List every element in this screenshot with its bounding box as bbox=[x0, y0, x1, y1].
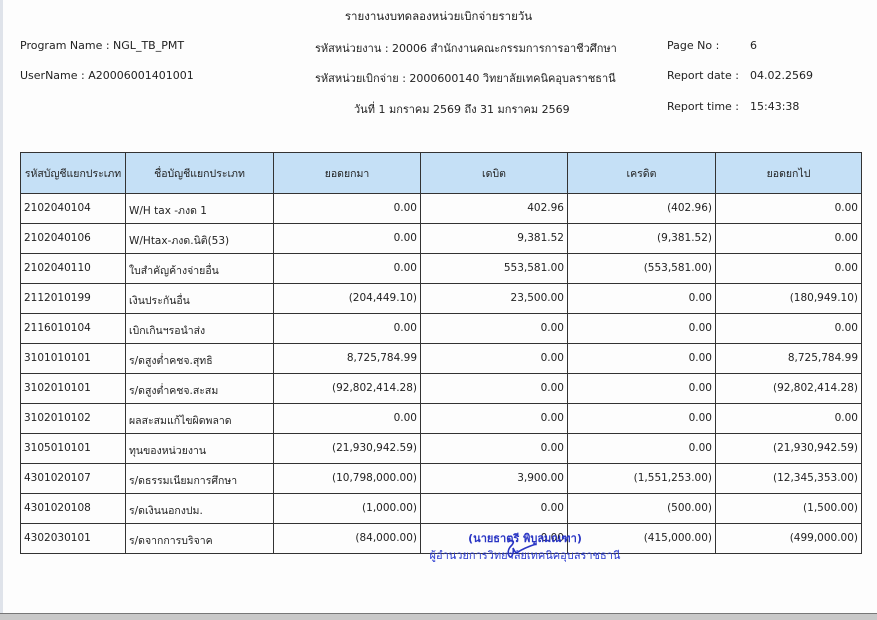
cell-credit: 0.00 bbox=[568, 314, 716, 344]
report-date-value: 04.02.2569 bbox=[750, 69, 813, 82]
page-edge bbox=[0, 0, 3, 620]
cell-debit: 553,581.00 bbox=[421, 254, 568, 284]
cell-closing-balance: 8,725,784.99 bbox=[716, 344, 862, 374]
signer-name: (นายธาตรี พิบูลมณฑา) bbox=[400, 530, 650, 547]
cell-credit: (500.00) bbox=[568, 494, 716, 524]
program-name: Program Name : NGL_TB_PMT bbox=[20, 39, 184, 52]
table-row: 3102010101ร/ดสูงต่ำคชจ.สะสม(92,802,414.2… bbox=[21, 374, 862, 404]
cell-opening-balance: (204,449.10) bbox=[274, 284, 421, 314]
cell-account-name: ร/ดสูงต่ำคชจ.สุทธิ bbox=[126, 344, 274, 374]
table-row: 2102040104W/H tax -ภงด 10.00402.96(402.9… bbox=[21, 194, 862, 224]
cell-debit: 0.00 bbox=[421, 434, 568, 464]
cell-opening-balance: 0.00 bbox=[274, 404, 421, 434]
cell-opening-balance: 0.00 bbox=[274, 314, 421, 344]
cell-debit: 402.96 bbox=[421, 194, 568, 224]
cell-account-code: 2116010104 bbox=[21, 314, 126, 344]
cell-credit: 0.00 bbox=[568, 374, 716, 404]
table-row: 3105010101ทุนของหน่วยงาน(21,930,942.59)0… bbox=[21, 434, 862, 464]
signer-position: ผู้อำนวยการวิทยาลัยเทคนิคอุบลราชธานี bbox=[400, 547, 650, 564]
cell-debit: 9,381.52 bbox=[421, 224, 568, 254]
cell-opening-balance: (84,000.00) bbox=[274, 524, 421, 554]
col-account-name: ชื่อบัญชีแยกประเภท bbox=[126, 153, 274, 194]
cell-closing-balance: 0.00 bbox=[716, 224, 862, 254]
cell-account-code: 4302030101 bbox=[21, 524, 126, 554]
cell-account-name: เงินประกันอื่น bbox=[126, 284, 274, 314]
cell-account-code: 2102040104 bbox=[21, 194, 126, 224]
cell-credit: (402.96) bbox=[568, 194, 716, 224]
cell-opening-balance: (92,802,414.28) bbox=[274, 374, 421, 404]
cell-credit: 0.00 bbox=[568, 344, 716, 374]
page-edge bbox=[0, 613, 877, 620]
report-time-value: 15:43:38 bbox=[750, 100, 799, 113]
cell-credit: (1,551,253.00) bbox=[568, 464, 716, 494]
cell-opening-balance: (10,798,000.00) bbox=[274, 464, 421, 494]
cell-debit: 23,500.00 bbox=[421, 284, 568, 314]
col-debit: เดบิต bbox=[421, 153, 568, 194]
agency-code: รหัสหน่วยงาน : 20006 สำนักงานคณะกรรมการก… bbox=[315, 39, 617, 57]
cell-account-code: 4301020107 bbox=[21, 464, 126, 494]
cell-account-name: ทุนของหน่วยงาน bbox=[126, 434, 274, 464]
cell-account-code: 2102040110 bbox=[21, 254, 126, 284]
table-row: 2102040110ใบสำคัญค้างจ่ายอื่น0.00553,581… bbox=[21, 254, 862, 284]
report-title: รายงานงบทดลองหน่วยเบิกจ่ายรายวัน bbox=[0, 8, 877, 26]
disbursing-unit-code: รหัสหน่วยเบิกจ่าย : 2000600140 วิทยาลัยเ… bbox=[315, 69, 616, 87]
cell-closing-balance: (499,000.00) bbox=[716, 524, 862, 554]
cell-account-name: เบิกเกินฯรอนำส่ง bbox=[126, 314, 274, 344]
cell-debit: 0.00 bbox=[421, 494, 568, 524]
cell-closing-balance: (1,500.00) bbox=[716, 494, 862, 524]
cell-account-name: ร/ดธรรมเนียมการศึกษา bbox=[126, 464, 274, 494]
cell-debit: 0.00 bbox=[421, 374, 568, 404]
table-row: 3102010102ผลสะสมแก้ไขผิดพลาด0.000.000.00… bbox=[21, 404, 862, 434]
cell-closing-balance: (21,930,942.59) bbox=[716, 434, 862, 464]
cell-opening-balance: (1,000.00) bbox=[274, 494, 421, 524]
table-row: 4301020108ร/ดเงินนอกงปม.(1,000.00)0.00(5… bbox=[21, 494, 862, 524]
table-header-row: รหัสบัญชีแยกประเภท ชื่อบัญชีแยกประเภท ยอ… bbox=[21, 153, 862, 194]
report-date-label: Report date : bbox=[667, 69, 739, 82]
username: UserName : A20006001401001 bbox=[20, 69, 194, 82]
cell-debit: 0.00 bbox=[421, 344, 568, 374]
cell-account-code: 2102040106 bbox=[21, 224, 126, 254]
cell-account-code: 3102010102 bbox=[21, 404, 126, 434]
cell-credit: (553,581.00) bbox=[568, 254, 716, 284]
cell-closing-balance: 0.00 bbox=[716, 194, 862, 224]
cell-opening-balance: 0.00 bbox=[274, 254, 421, 284]
cell-account-name: ผลสะสมแก้ไขผิดพลาด bbox=[126, 404, 274, 434]
cell-debit: 0.00 bbox=[421, 404, 568, 434]
cell-credit: 0.00 bbox=[568, 404, 716, 434]
cell-account-name: ร/ดสูงต่ำคชจ.สะสม bbox=[126, 374, 274, 404]
cell-account-name: W/H tax -ภงด 1 bbox=[126, 194, 274, 224]
cell-closing-balance: (12,345,353.00) bbox=[716, 464, 862, 494]
cell-account-name: ใบสำคัญค้างจ่ายอื่น bbox=[126, 254, 274, 284]
table-row: 3101010101ร/ดสูงต่ำคชจ.สุทธิ8,725,784.99… bbox=[21, 344, 862, 374]
cell-opening-balance: 8,725,784.99 bbox=[274, 344, 421, 374]
signature-block: (นายธาตรี พิบูลมณฑา) ผู้อำนวยการวิทยาลัย… bbox=[400, 530, 650, 564]
cell-account-name: W/Htax-ภงด.นิติ(53) bbox=[126, 224, 274, 254]
cell-account-code: 3101010101 bbox=[21, 344, 126, 374]
cell-opening-balance: (21,930,942.59) bbox=[274, 434, 421, 464]
table-row: 4301020107ร/ดธรรมเนียมการศึกษา(10,798,00… bbox=[21, 464, 862, 494]
cell-credit: (9,381.52) bbox=[568, 224, 716, 254]
cell-account-code: 2112010199 bbox=[21, 284, 126, 314]
page-no-label: Page No : bbox=[667, 39, 719, 52]
table-row: 2112010199เงินประกันอื่น(204,449.10)23,5… bbox=[21, 284, 862, 314]
cell-account-code: 4301020108 bbox=[21, 494, 126, 524]
cell-account-name: ร/ดจากการบริจาค bbox=[126, 524, 274, 554]
cell-account-code: 3105010101 bbox=[21, 434, 126, 464]
cell-opening-balance: 0.00 bbox=[274, 194, 421, 224]
cell-credit: 0.00 bbox=[568, 434, 716, 464]
table-row: 2116010104เบิกเกินฯรอนำส่ง0.000.000.000.… bbox=[21, 314, 862, 344]
cell-account-name: ร/ดเงินนอกงปม. bbox=[126, 494, 274, 524]
col-closing-balance: ยอดยกไป bbox=[716, 153, 862, 194]
report-period: วันที่ 1 มกราคม 2569 ถึง 31 มกราคม 2569 bbox=[354, 100, 570, 118]
cell-closing-balance: 0.00 bbox=[716, 314, 862, 344]
cell-credit: 0.00 bbox=[568, 284, 716, 314]
table-row: 2102040106W/Htax-ภงด.นิติ(53)0.009,381.5… bbox=[21, 224, 862, 254]
cell-closing-balance: (92,802,414.28) bbox=[716, 374, 862, 404]
col-account-code: รหัสบัญชีแยกประเภท bbox=[21, 153, 126, 194]
cell-opening-balance: 0.00 bbox=[274, 224, 421, 254]
page-no-value: 6 bbox=[750, 39, 757, 52]
cell-closing-balance: 0.00 bbox=[716, 254, 862, 284]
col-credit: เครดิต bbox=[568, 153, 716, 194]
cell-debit: 0.00 bbox=[421, 314, 568, 344]
trial-balance-table: รหัสบัญชีแยกประเภท ชื่อบัญชีแยกประเภท ยอ… bbox=[20, 152, 862, 554]
cell-closing-balance: (180,949.10) bbox=[716, 284, 862, 314]
col-opening-balance: ยอดยกมา bbox=[274, 153, 421, 194]
cell-debit: 3,900.00 bbox=[421, 464, 568, 494]
report-time-label: Report time : bbox=[667, 100, 739, 113]
cell-account-code: 3102010101 bbox=[21, 374, 126, 404]
cell-closing-balance: 0.00 bbox=[716, 404, 862, 434]
